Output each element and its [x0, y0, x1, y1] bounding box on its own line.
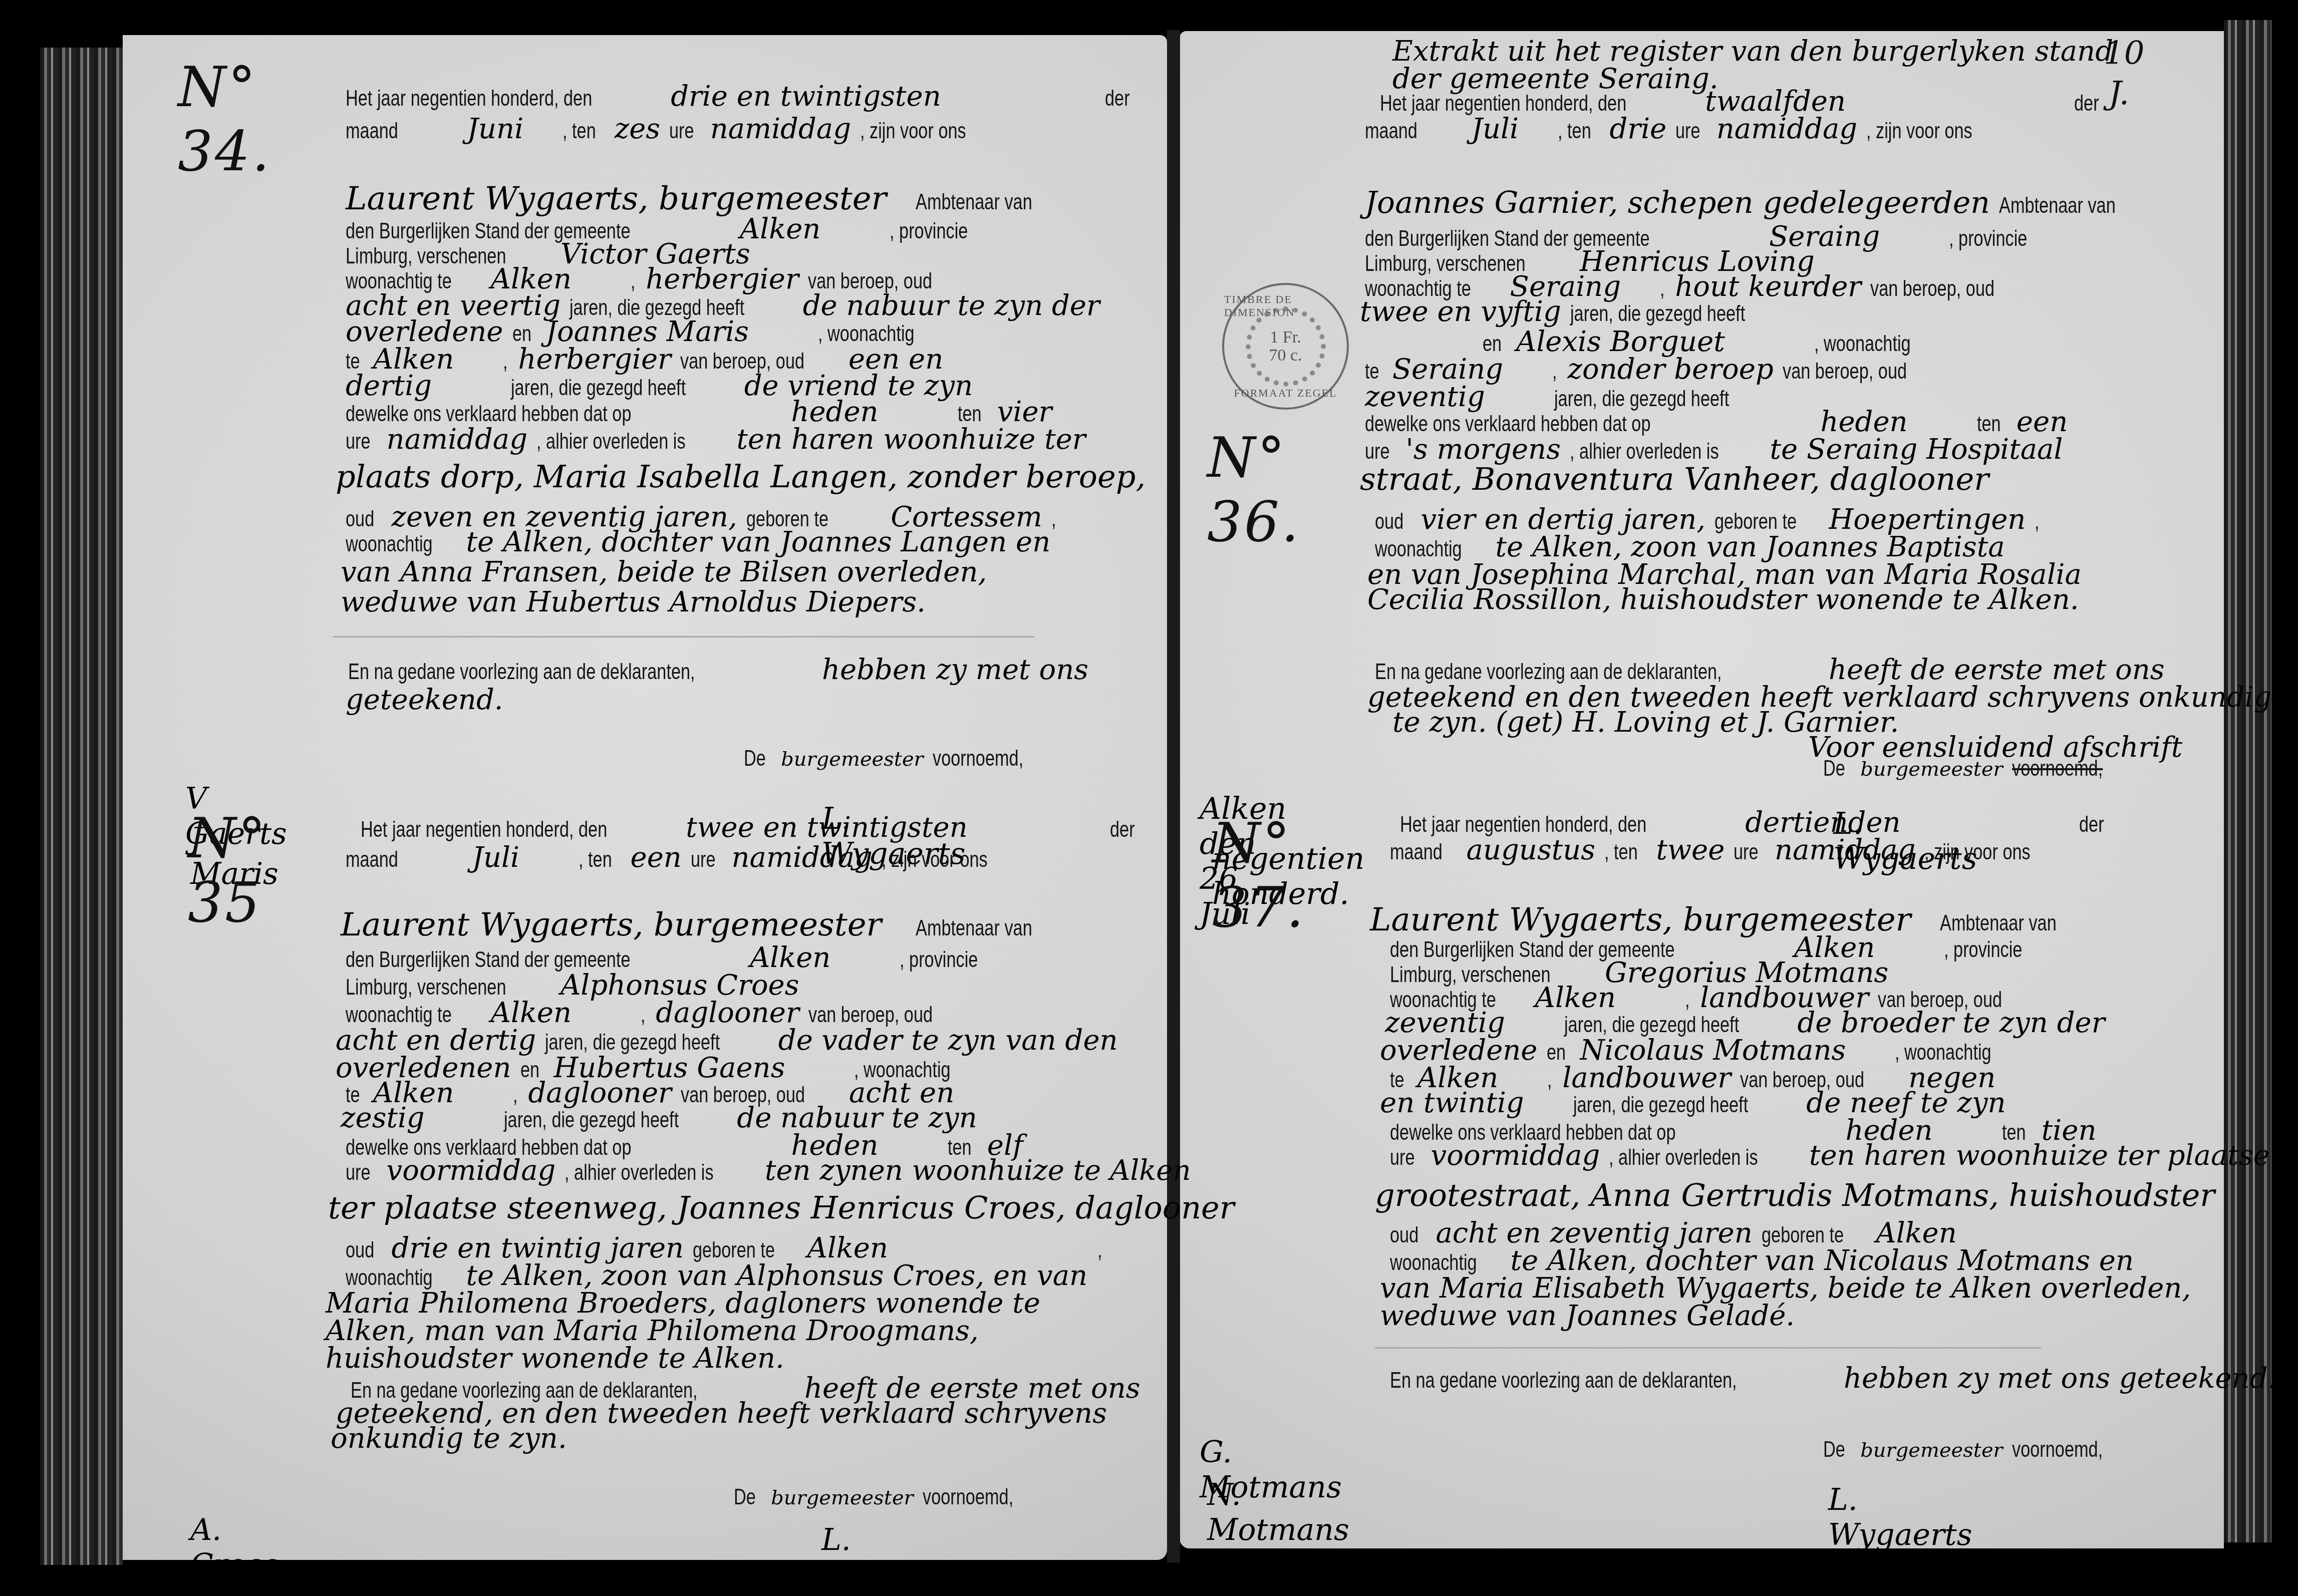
- signature-declarant-2: N. Motmans: [1207, 1477, 1349, 1547]
- record-line: maand Juli , ten een ure namiddag , zijn…: [346, 841, 1017, 874]
- record-line: ure voormiddag , alhier overleden is ten…: [1390, 1139, 2270, 1172]
- record-line: maand Juli , ten drie ure namiddag , zij…: [1365, 113, 2002, 145]
- record-number: N° 35: [188, 806, 267, 934]
- tax-stamp: TIMBRE DE DIMENSION 1 Fr. 70 c. FORMAAT …: [1222, 283, 1349, 410]
- record-line: straat, Bonaventura Vanheer, daglooner: [1360, 461, 1989, 497]
- ruled-line: [1375, 1347, 2041, 1349]
- page-mark: J.: [2109, 75, 2129, 112]
- record-line: plaats dorp, Maria Isabella Langen, zond…: [336, 458, 1145, 495]
- record-number: N° 36.: [1207, 426, 1301, 554]
- book-gutter: [1167, 30, 1180, 1562]
- book-edge-right: [2224, 20, 2271, 1542]
- record-line: ter plaatse steenweg, Joannes Henricus C…: [328, 1189, 1234, 1226]
- record-line: ure voormiddag , alhier overleden is ten…: [346, 1154, 1191, 1187]
- signature-mayor: L. Wygaerts: [1828, 1482, 1972, 1552]
- record-line: van Anna Fransen, beide te Bilsen overle…: [341, 556, 987, 588]
- closing-line: De burgemeester voornoemd,: [734, 1485, 1039, 1510]
- record-line: onkundig te zyn.: [331, 1422, 567, 1455]
- record-line: woonachtig te Alken, dochter van Joannes…: [346, 526, 1050, 558]
- record-number: N° 37.: [1212, 811, 1306, 939]
- record-line: grootestraat, Anna Gertrudis Motmans, hu…: [1375, 1177, 2215, 1213]
- record-line: En na gedane voorlezing aan de deklarant…: [1390, 1362, 2276, 1395]
- closing-line: De burgemeester voornoemd,: [744, 746, 1049, 771]
- closing-line: De burgemeester voornoemd,: [1823, 1437, 2128, 1462]
- ruled-line: [333, 636, 1034, 637]
- record-line: En na gedane voorlezing aan de deklarant…: [348, 654, 1088, 686]
- record-line: maand augustus , ten twee ure namiddag ,…: [1390, 834, 2061, 866]
- record-line: weduwe van Hubertus Arnoldus Diepers.: [341, 586, 926, 618]
- signature-declarant-1: A. Croes: [190, 1512, 279, 1582]
- stamp-top-text: TIMBRE DE DIMENSION: [1224, 293, 1347, 319]
- record-line: Het jaar negentien honderd, den drie en …: [346, 80, 1137, 113]
- record-line: Joannes Garnier, schepen gedelegeerden A…: [1365, 185, 2148, 220]
- signature-mayor: L. Wygaerts: [821, 1522, 966, 1592]
- record-line: geteekend.: [346, 684, 503, 716]
- record-line: Het jaar negentien honderd, den twee en …: [361, 811, 1142, 844]
- record-line: huishoudster wonende te Alken.: [326, 1342, 784, 1375]
- closing-line: De burgemeester voornoemd,: [1823, 756, 2128, 781]
- record-line: Cecilia Rossillon, huishoudster wonende …: [1367, 583, 2079, 616]
- record-number: N° 34.: [178, 55, 271, 183]
- stamp-bottom-text: FORMAAT ZEGEL: [1234, 387, 1337, 400]
- record-line: ure namiddag , alhier overleden is ten h…: [346, 423, 1086, 456]
- book-edge-left: [40, 48, 123, 1565]
- record-line: Laurent Wygaerts, burgemeester Ambtenaar…: [341, 906, 1065, 943]
- record-line: weduwe van Joannes Geladé.: [1380, 1300, 1795, 1332]
- record-line: maand Juni , ten zes ure namiddag , zijn…: [346, 113, 996, 145]
- record-line: Laurent Wygaerts, burgemeester Ambtenaar…: [346, 180, 1065, 217]
- record-line: twee en vyftig jaren, die gezegd heeft: [1360, 295, 1794, 328]
